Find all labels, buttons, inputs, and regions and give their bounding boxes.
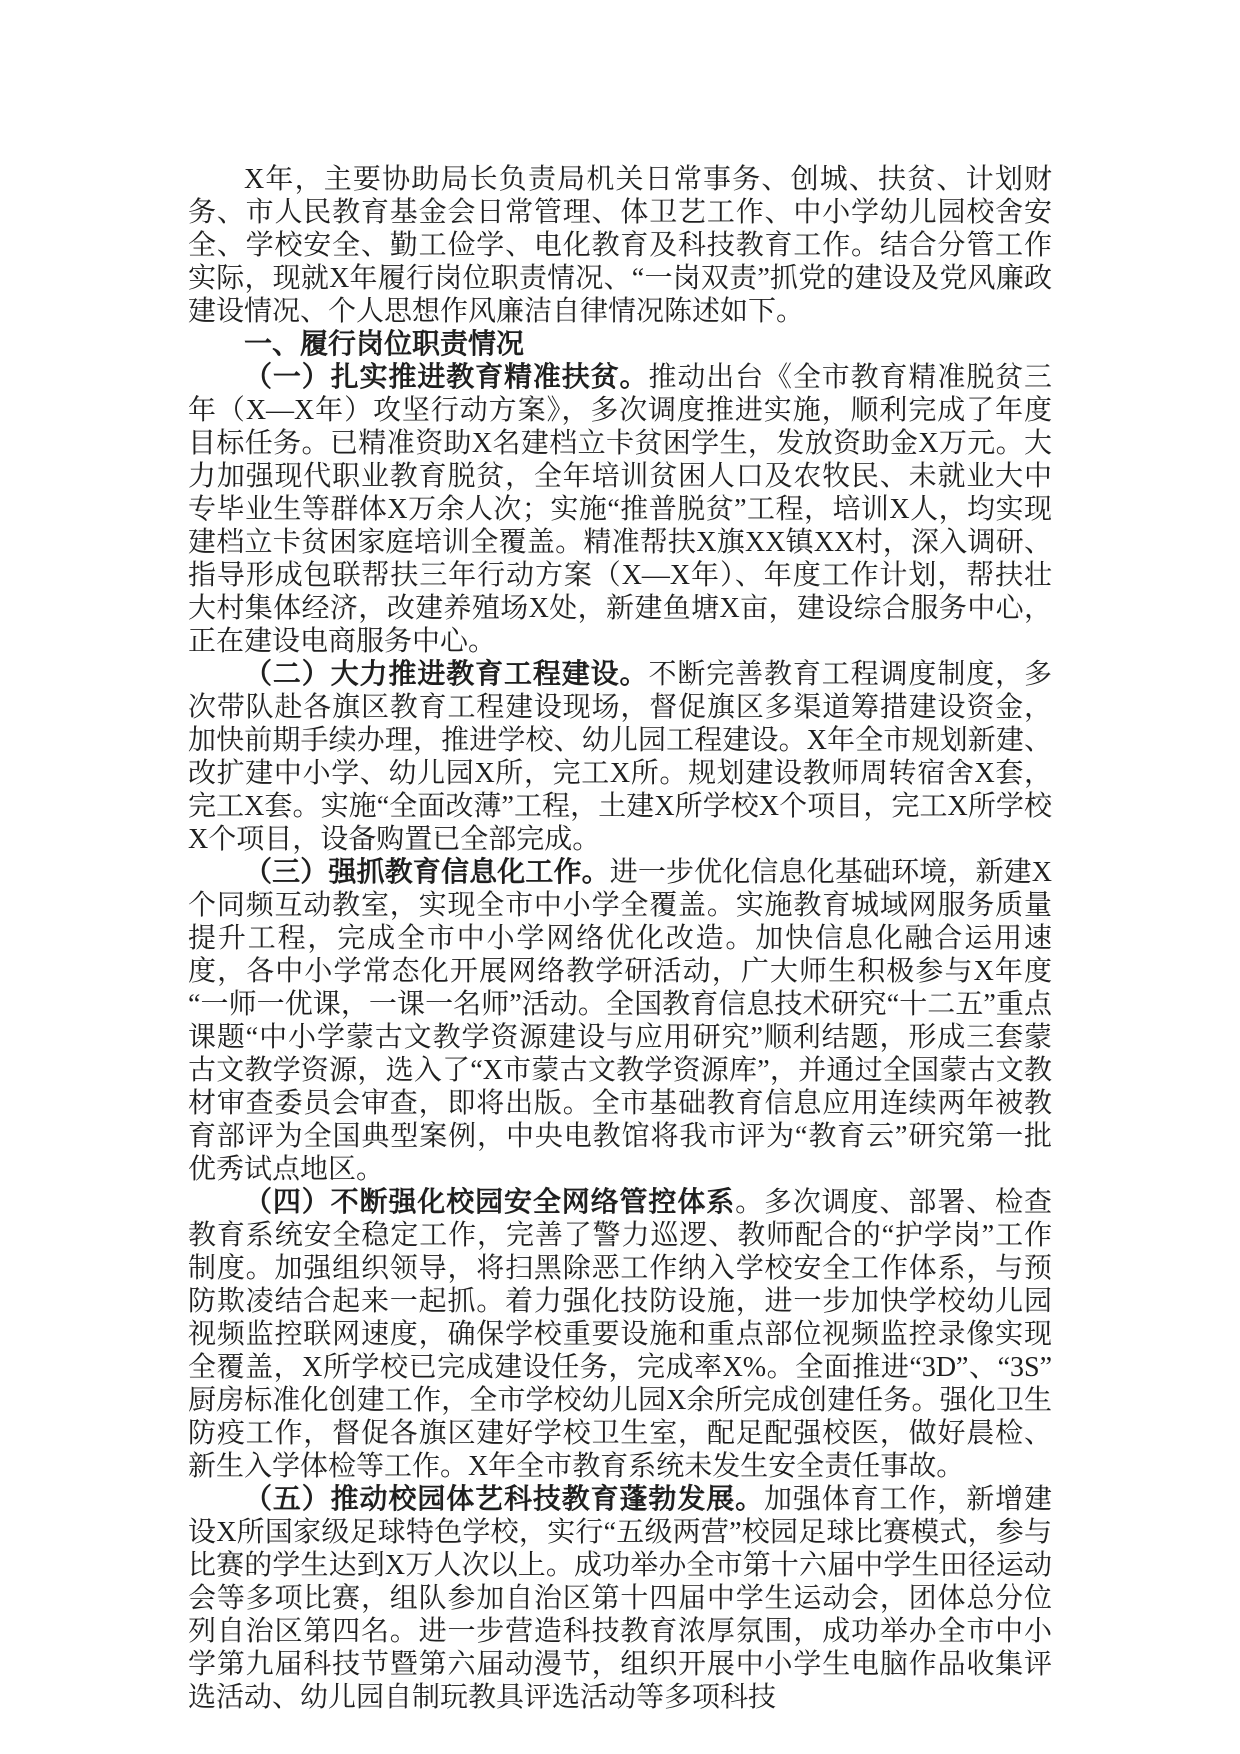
item-4-body: 。多次调度、部署、检查教育系统安全稳定工作，完善了警力巡逻、教师配合的“护学岗”… — [188, 1187, 1052, 1482]
item-1-lead: （一）扎实推进教育精准扶贫。 — [244, 362, 648, 393]
section-heading: 一、履行岗位职责情况 — [188, 328, 1052, 361]
item-1-body: 推动出台《全市教育精准脱贫三年（X—X年）攻坚行动方案》，多次调度推进实施，顺利… — [188, 362, 1052, 657]
item-2-lead: （二）大力推进教育工程建设。 — [244, 659, 648, 690]
item-3-body: 进一步优化信息化基础环境，新建X个同频互动教室，实现全市中小学全覆盖。实施教育城… — [188, 857, 1052, 1185]
document-page: X年，主要协助局长负责局机关日常事务、创城、扶贫、计划财务、市人民教育基金会日常… — [188, 163, 1052, 1714]
item-paragraph-2: （二）大力推进教育工程建设。不断完善教育工程调度制度，多次带队赴各旗区教育工程建… — [188, 658, 1052, 856]
item-paragraph-3: （三）强抓教育信息化工作。进一步优化信息化基础环境，新建X个同频互动教室，实现全… — [188, 856, 1052, 1186]
item-paragraph-5: （五）推动校园体艺科技教育蓬勃发展。加强体育工作，新增建设X所国家级足球特色学校… — [188, 1483, 1052, 1714]
item-3-lead: （三）强抓教育信息化工作。 — [244, 857, 610, 888]
item-4-lead: （四）不断强化校园安全网络管控体系 — [244, 1187, 735, 1218]
item-paragraph-4: （四）不断强化校园安全网络管控体系。多次调度、部署、检查教育系统安全稳定工作，完… — [188, 1186, 1052, 1483]
item-paragraph-1: （一）扎实推进教育精准扶贫。推动出台《全市教育精准脱贫三年（X—X年）攻坚行动方… — [188, 361, 1052, 658]
item-5-lead: （五）推动校园体艺科技教育蓬勃发展。 — [244, 1484, 764, 1515]
item-5-body: 加强体育工作，新增建设X所国家级足球特色学校，实行“五级两营”校园足球比赛模式，… — [188, 1484, 1052, 1713]
intro-paragraph: X年，主要协助局长负责局机关日常事务、创城、扶贫、计划财务、市人民教育基金会日常… — [188, 163, 1052, 328]
